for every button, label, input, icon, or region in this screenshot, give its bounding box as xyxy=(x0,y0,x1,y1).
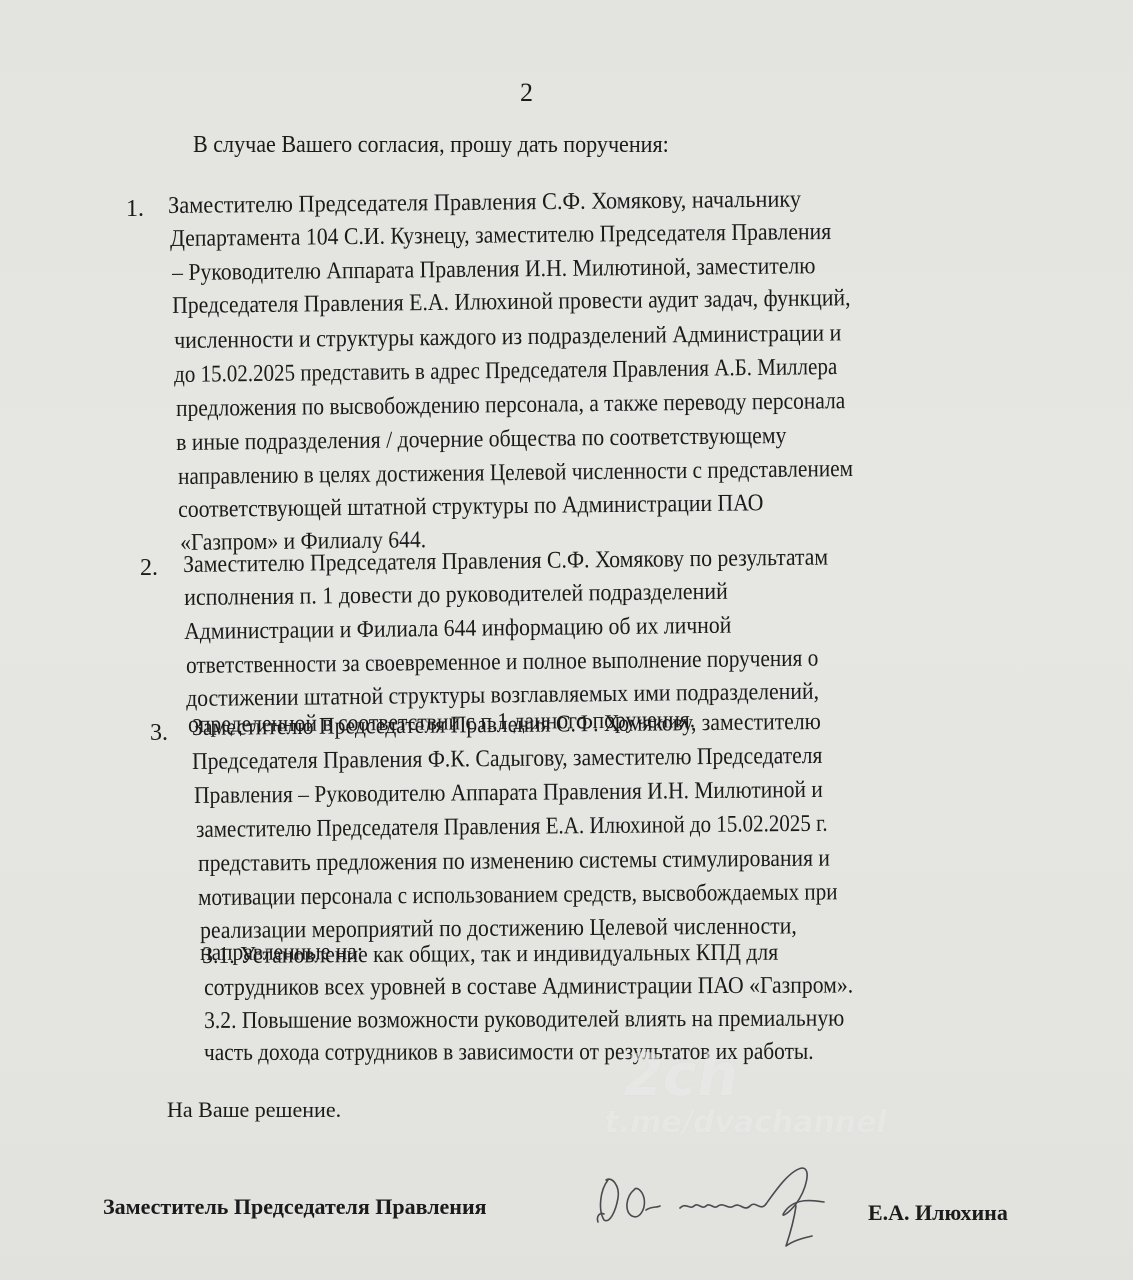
signatory-name: Е.А. Илюхина xyxy=(868,1200,1008,1226)
item-1-number: 1. xyxy=(126,196,144,223)
item-1-line: до 15.02.2025 представить в адрес Предсе… xyxy=(174,354,837,389)
watermark-text: t.me/dvachannel xyxy=(602,1105,890,1140)
document-page: 2 В случае Вашего согласия, прошу дать п… xyxy=(0,0,1133,1280)
item-3-line: Заместителю Председателя Правления С.Ф. … xyxy=(192,709,821,742)
item-3-line: мотивации персонала с использованием сре… xyxy=(198,879,838,912)
item-1-line: – Руководителю Аппарата Правления И.Н. М… xyxy=(172,253,816,287)
item-1-line: направлению в целях достижения Целевой ч… xyxy=(178,456,853,491)
item-2-number: 2. xyxy=(140,555,158,582)
subitem-line: сотрудников всех уровней в составе Админ… xyxy=(204,972,853,1002)
item-2-line: исполнения п. 1 довести до руководителей… xyxy=(184,579,728,612)
intro-paragraph: В случае Вашего согласия, прошу дать пор… xyxy=(193,132,669,159)
item-2-line: достижении штатной структуры возглавляем… xyxy=(186,679,819,713)
item-1-line: Департамента 104 С.И. Кузнецу, заместите… xyxy=(170,219,831,253)
item-3-line: Председателя Правления Ф.К. Садыгову, за… xyxy=(192,743,823,776)
item-1-line: Председателя Правления Е.А. Илюхиной про… xyxy=(172,285,851,320)
subitem-line: 3.1. Установление как общих, так и индив… xyxy=(202,940,778,970)
resolution-text: На Ваше решение. xyxy=(167,1097,341,1123)
page-number: 2 xyxy=(520,78,533,108)
item-3-number: 3. xyxy=(150,720,168,747)
item-2-line: ответственности за своевременное и полно… xyxy=(186,646,818,680)
item-3-line: заместителю Председателя Правления Е.А. … xyxy=(196,811,828,844)
handwritten-signature-icon xyxy=(590,1150,890,1260)
subitem-line: 3.2. Повышение возможности руководителей… xyxy=(204,1006,844,1035)
item-1-line: Заместителю Председателя Правления С.Ф. … xyxy=(168,186,801,220)
item-3-line: представить предложения по изменению сис… xyxy=(198,845,830,878)
item-3-line: Правления – Руководителю Аппарата Правле… xyxy=(194,777,823,810)
watermark-logo: 2ch xyxy=(618,1045,901,1105)
watermark: 2ch t.me/dvachannel xyxy=(602,1045,901,1140)
signatory-title: Заместитель Председателя Правления xyxy=(103,1194,487,1220)
item-1-line: соответствующей штатной структуры по Адм… xyxy=(178,490,764,524)
item-1-line: в иные подразделения / дочерние общества… xyxy=(176,423,787,457)
item-1-line: численности и структуры каждого из подра… xyxy=(174,320,841,355)
item-2-line: Администрации и Филиала 644 информацию о… xyxy=(184,613,731,646)
item-1-line: предложения по высвобождению персонала, … xyxy=(176,388,845,423)
